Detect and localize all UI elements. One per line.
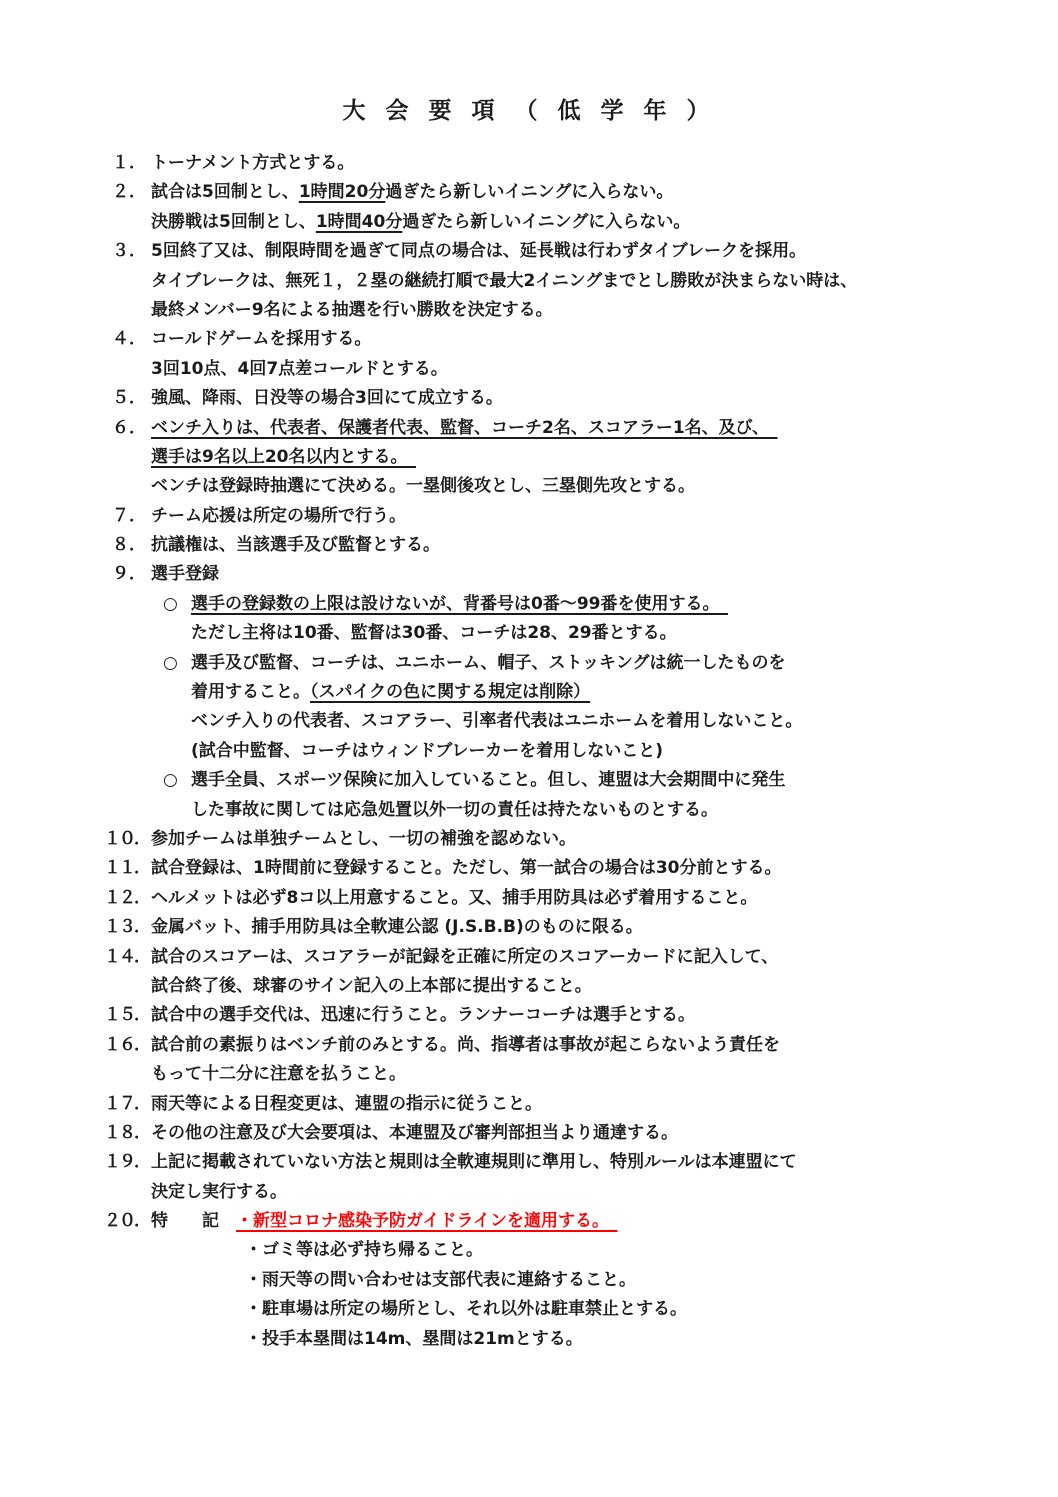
list-item-line: 3回10点、4回7点差コールドとする。 bbox=[0, 355, 1058, 384]
line-text: した事故に関しては応急処置以外一切の責任は持たないものとする。 bbox=[191, 796, 718, 825]
text-segment: 過ぎたら新しいイニングに入らない。 bbox=[402, 212, 690, 232]
line-text: 選手全員、スポーツ保険に加入していること。但し、連盟は大会期間中に発生 bbox=[191, 766, 785, 795]
item-number: １４． bbox=[104, 943, 151, 972]
line-text: 試合は5回制とし、1時間20分過ぎたら新しいイニングに入らない。 bbox=[151, 178, 673, 207]
list-item-line: もって十二分に注意を払うこと。 bbox=[0, 1060, 1058, 1089]
list-item: １６．試合前の素振りはベンチ前のみとする。尚、指導者は事故が起こらないよう責任を bbox=[0, 1031, 1058, 1060]
text-segment: 金属バット、捕手用防具は全軟連公認 (J.S.B.B)のものに限る。 bbox=[151, 917, 643, 937]
text-segment: 過ぎたら新しいイニングに入らない。 bbox=[385, 182, 673, 202]
circle-bullet: ○ bbox=[163, 649, 191, 678]
text-segment: タイブレークは、無死１，２塁の継続打順で最大2イニングまでとし勝敗が決まらない時… bbox=[151, 271, 857, 291]
list-item: １７．雨天等による日程変更は、連盟の指示に従うこと。 bbox=[0, 1090, 1058, 1119]
list-item-line: した事故に関しては応急処置以外一切の責任は持たないものとする。 bbox=[0, 796, 1058, 825]
line-text: 参加チームは単独チームとし、一切の補強を認めない。 bbox=[151, 825, 576, 854]
list-item: １．トーナメント方式とする。 bbox=[0, 149, 1058, 178]
list-item: １５．試合中の選手交代は、迅速に行うこと。ランナーコーチは選手とする。 bbox=[0, 1001, 1058, 1030]
line-text: 決勝戦は5回制とし、1時間40分過ぎたら新しいイニングに入らない。 bbox=[151, 208, 690, 237]
list-item: ○選手全員、スポーツ保険に加入していること。但し、連盟は大会期間中に発生 bbox=[0, 766, 1058, 795]
text-segment: 試合登録は、1時間前に登録すること。ただし、第一試合の場合は30分前とする。 bbox=[151, 858, 781, 878]
line-text: 試合登録は、1時間前に登録すること。ただし、第一試合の場合は30分前とする。 bbox=[151, 854, 781, 883]
text-segment: 試合は5回制とし、 bbox=[151, 182, 299, 202]
item-number: ２． bbox=[112, 178, 151, 207]
list-item-line: ベンチ入りの代表者、スコアラー、引率者代表はユニホームを着用しないこと。 bbox=[0, 707, 1058, 736]
item-number: ７． bbox=[112, 502, 151, 531]
text-segment: 選手登録 bbox=[151, 564, 219, 584]
list-item-line: タイブレークは、無死１，２塁の継続打順で最大2イニングまでとし勝敗が決まらない時… bbox=[0, 267, 1058, 296]
list-item: １８．その他の注意及び大会要項は、本連盟及び審判部担当より通達する。 bbox=[0, 1119, 1058, 1148]
line-text: 試合前の素振りはベンチ前のみとする。尚、指導者は事故が起こらないよう責任を bbox=[151, 1031, 780, 1060]
text-segment: 選手及び監督、コーチは、ユニホーム、帽子、ストッキングは統一したものを bbox=[191, 653, 786, 673]
line-text: 試合のスコアーは、スコアラーが記録を正確に所定のスコアーカードに記入して、 bbox=[151, 943, 778, 972]
text-segment: (試合中監督、コーチはウィンドブレーカーを着用しないこと) bbox=[191, 741, 663, 761]
text-segment: チーム応援は所定の場所で行う。 bbox=[151, 506, 406, 526]
list-item-line: ・ゴミ等は必ず持ち帰ること。 bbox=[0, 1236, 1058, 1265]
list-item-line: 決勝戦は5回制とし、1時間40分過ぎたら新しいイニングに入らない。 bbox=[0, 208, 1058, 237]
list-item-line: ・雨天等の問い合わせは支部代表に連絡すること。 bbox=[0, 1266, 1058, 1295]
underlined-text: （スパイクの色に関する規定は削除） bbox=[310, 682, 590, 702]
item-number: ９． bbox=[112, 560, 151, 589]
line-text: 決定し実行する。 bbox=[151, 1178, 287, 1207]
item-number: ４． bbox=[112, 325, 151, 354]
item-number: １０． bbox=[104, 825, 151, 854]
list-item-line: (試合中監督、コーチはウィンドブレーカーを着用しないこと) bbox=[0, 737, 1058, 766]
list-item: ４．コールドゲームを採用する。 bbox=[0, 325, 1058, 354]
text-segment: 参加チームは単独チームとし、一切の補強を認めない。 bbox=[151, 829, 576, 849]
line-text: その他の注意及び大会要項は、本連盟及び審判部担当より通達する。 bbox=[151, 1119, 678, 1148]
text-segment: 最終メンバー9名による抽選を行い勝敗を決定する。 bbox=[151, 300, 553, 320]
line-text: 選手及び監督、コーチは、ユニホーム、帽子、ストッキングは統一したものを bbox=[191, 649, 786, 678]
text-segment: 試合中の選手交代は、迅速に行うこと。ランナーコーチは選手とする。 bbox=[151, 1005, 695, 1025]
line-text: 試合中の選手交代は、迅速に行うこと。ランナーコーチは選手とする。 bbox=[151, 1001, 695, 1030]
line-text: 試合終了後、球審のサイン記入の上本部に提出すること。 bbox=[151, 972, 592, 1001]
list-item: １３．金属バット、捕手用防具は全軟連公認 (J.S.B.B)のものに限る。 bbox=[0, 913, 1058, 942]
item-number: １． bbox=[112, 149, 151, 178]
list-item: １２．ヘルメットは必ず8コ以上用意すること。又、捕手用防具は必ず着用すること。 bbox=[0, 884, 1058, 913]
item-number: １３． bbox=[104, 913, 151, 942]
circle-bullet: ○ bbox=[163, 766, 191, 795]
line-text: 上記に掲載されていない方法と規則は全軟連規則に準用し、特別ルールは本連盟にて bbox=[151, 1148, 797, 1177]
item-number: ８． bbox=[112, 531, 151, 560]
item-number: ６． bbox=[112, 414, 151, 443]
item-number: １８． bbox=[104, 1119, 151, 1148]
item-number: １６． bbox=[104, 1031, 151, 1060]
list-item: ２．試合は5回制とし、1時間20分過ぎたら新しいイニングに入らない。 bbox=[0, 178, 1058, 207]
text-segment: もって十二分に注意を払うこと。 bbox=[151, 1064, 406, 1084]
list-item-line: 選手は9名以上20名以内とする。 bbox=[0, 443, 1058, 472]
text-segment: ただし主将は10番、監督は30番、コーチは28、29番とする。 bbox=[191, 623, 677, 643]
text-segment: 試合終了後、球審のサイン記入の上本部に提出すること。 bbox=[151, 976, 592, 996]
text-segment: 選手全員、スポーツ保険に加入していること。但し、連盟は大会期間中に発生 bbox=[191, 770, 785, 790]
line-text: ヘルメットは必ず8コ以上用意すること。又、捕手用防具は必ず着用すること。 bbox=[151, 884, 757, 913]
list-item: ８．抗議権は、当該選手及び監督とする。 bbox=[0, 531, 1058, 560]
circle-bullet: ○ bbox=[163, 590, 191, 619]
covid-guideline-highlight: ・新型コロナ感染予防ガイドラインを適用する。 bbox=[236, 1211, 617, 1231]
rules-list: １．トーナメント方式とする。２．試合は5回制とし、1時間20分過ぎたら新しいイニ… bbox=[0, 149, 1058, 1354]
text-segment: 特 記 bbox=[151, 1211, 236, 1231]
text-segment: ・駐車場は所定の場所とし、それ以外は駐車禁止とする。 bbox=[245, 1299, 687, 1319]
text-segment: 着用すること。 bbox=[191, 682, 310, 702]
text-segment: ・投手本塁間は14m、塁間は21mとする。 bbox=[245, 1329, 583, 1349]
line-text: ・ゴミ等は必ず持ち帰ること。 bbox=[245, 1236, 483, 1265]
item-number: １２． bbox=[104, 884, 151, 913]
line-text: 雨天等による日程変更は、連盟の指示に従うこと。 bbox=[151, 1090, 542, 1119]
line-text: (試合中監督、コーチはウィンドブレーカーを着用しないこと) bbox=[191, 737, 663, 766]
underlined-text: ベンチ入りは、代表者、保護者代表、監督、コーチ2名、スコアラー1名、及び、 bbox=[151, 418, 777, 438]
item-number: １７． bbox=[104, 1090, 151, 1119]
text-segment: ・雨天等の問い合わせは支部代表に連絡すること。 bbox=[245, 1270, 636, 1290]
line-text: 3回10点、4回7点差コールドとする。 bbox=[151, 355, 448, 384]
line-text: コールドゲームを採用する。 bbox=[151, 325, 371, 354]
item-number: １９． bbox=[104, 1148, 151, 1177]
underlined-text: 1時間40分 bbox=[316, 212, 403, 232]
text-segment: 上記に掲載されていない方法と規則は全軟連規則に準用し、特別ルールは本連盟にて bbox=[151, 1152, 797, 1172]
list-item: ○選手及び監督、コーチは、ユニホーム、帽子、ストッキングは統一したものを bbox=[0, 649, 1058, 678]
list-item: ２０．特 記 ・新型コロナ感染予防ガイドラインを適用する。 bbox=[0, 1207, 1058, 1236]
line-text: 特 記 ・新型コロナ感染予防ガイドラインを適用する。 bbox=[151, 1207, 617, 1236]
line-text: ・投手本塁間は14m、塁間は21mとする。 bbox=[245, 1325, 583, 1354]
list-item: １０．参加チームは単独チームとし、一切の補強を認めない。 bbox=[0, 825, 1058, 854]
text-segment: 試合のスコアーは、スコアラーが記録を正確に所定のスコアーカードに記入して、 bbox=[151, 947, 778, 967]
list-item-line: ただし主将は10番、監督は30番、コーチは28、29番とする。 bbox=[0, 619, 1058, 648]
line-text: 選手の登録数の上限は設けないが、背番号は0番～99番を使用する。 bbox=[191, 590, 728, 619]
text-segment: 抗議権は、当該選手及び監督とする。 bbox=[151, 535, 440, 555]
text-segment: ヘルメットは必ず8コ以上用意すること。又、捕手用防具は必ず着用すること。 bbox=[151, 888, 757, 908]
line-text: ・駐車場は所定の場所とし、それ以外は駐車禁止とする。 bbox=[245, 1295, 687, 1324]
list-item-line: 最終メンバー9名による抽選を行い勝敗を決定する。 bbox=[0, 296, 1058, 325]
line-text: トーナメント方式とする。 bbox=[151, 149, 354, 178]
item-number: １１． bbox=[104, 854, 151, 883]
page-title: 大 会 要 項 （ 低 学 年 ） bbox=[0, 92, 1058, 125]
list-item-line: 着用すること。（スパイクの色に関する規定は削除） bbox=[0, 678, 1058, 707]
list-item: ７．チーム応援は所定の場所で行う。 bbox=[0, 502, 1058, 531]
line-text: ベンチ入りの代表者、スコアラー、引率者代表はユニホームを着用しないこと。 bbox=[191, 707, 802, 736]
list-item: １４．試合のスコアーは、スコアラーが記録を正確に所定のスコアーカードに記入して、 bbox=[0, 943, 1058, 972]
text-segment: ベンチは登録時抽選にて決める。一塁側後攻とし、三塁側先攻とする。 bbox=[151, 476, 695, 496]
text-segment: 3回10点、4回7点差コールドとする。 bbox=[151, 359, 448, 379]
text-segment: 雨天等による日程変更は、連盟の指示に従うこと。 bbox=[151, 1094, 542, 1114]
list-item-line: ・投手本塁間は14m、塁間は21mとする。 bbox=[0, 1325, 1058, 1354]
text-segment: ベンチ入りの代表者、スコアラー、引率者代表はユニホームを着用しないこと。 bbox=[191, 711, 802, 731]
line-text: タイブレークは、無死１，２塁の継続打順で最大2イニングまでとし勝敗が決まらない時… bbox=[151, 267, 857, 296]
underlined-text: 選手の登録数の上限は設けないが、背番号は0番～99番を使用する。 bbox=[191, 594, 728, 614]
item-number: ５． bbox=[112, 384, 151, 413]
list-item: ９．選手登録 bbox=[0, 560, 1058, 589]
list-item: ５．強風、降雨、日没等の場合3回にて成立する。 bbox=[0, 384, 1058, 413]
list-item-line: ベンチは登録時抽選にて決める。一塁側後攻とし、三塁側先攻とする。 bbox=[0, 472, 1058, 501]
list-item: ３．5回終了又は、制限時間を過ぎて同点の場合は、延長戦は行わずタイブレークを採用… bbox=[0, 237, 1058, 266]
text-segment: 決定し実行する。 bbox=[151, 1182, 287, 1202]
item-number: １５． bbox=[104, 1001, 151, 1030]
text-segment: その他の注意及び大会要項は、本連盟及び審判部担当より通達する。 bbox=[151, 1123, 678, 1143]
list-item: ６．ベンチ入りは、代表者、保護者代表、監督、コーチ2名、スコアラー1名、及び、 bbox=[0, 414, 1058, 443]
text-segment: した事故に関しては応急処置以外一切の責任は持たないものとする。 bbox=[191, 800, 718, 820]
item-number: ３． bbox=[112, 237, 151, 266]
text-segment: 5回終了又は、制限時間を過ぎて同点の場合は、延長戦は行わずタイブレークを採用。 bbox=[151, 241, 806, 261]
line-text: 最終メンバー9名による抽選を行い勝敗を決定する。 bbox=[151, 296, 553, 325]
line-text: ベンチ入りは、代表者、保護者代表、監督、コーチ2名、スコアラー1名、及び、 bbox=[151, 414, 777, 443]
line-text: 強風、降雨、日没等の場合3回にて成立する。 bbox=[151, 384, 503, 413]
list-item: ○選手の登録数の上限は設けないが、背番号は0番～99番を使用する。 bbox=[0, 590, 1058, 619]
list-item: １９．上記に掲載されていない方法と規則は全軟連規則に準用し、特別ルールは本連盟に… bbox=[0, 1148, 1058, 1177]
line-text: ・雨天等の問い合わせは支部代表に連絡すること。 bbox=[245, 1266, 636, 1295]
text-segment: トーナメント方式とする。 bbox=[151, 153, 354, 173]
document-page: 大 会 要 項 （ 低 学 年 ） １．トーナメント方式とする。２．試合は5回制… bbox=[0, 0, 1058, 1497]
item-number: ２０． bbox=[104, 1207, 151, 1236]
line-text: 抗議権は、当該選手及び監督とする。 bbox=[151, 531, 440, 560]
text-segment: 決勝戦は5回制とし、 bbox=[151, 212, 316, 232]
list-item-line: ・駐車場は所定の場所とし、それ以外は駐車禁止とする。 bbox=[0, 1295, 1058, 1324]
text-segment: 試合前の素振りはベンチ前のみとする。尚、指導者は事故が起こらないよう責任を bbox=[151, 1035, 780, 1055]
text-segment: コールドゲームを採用する。 bbox=[151, 329, 371, 349]
list-item-line: 決定し実行する。 bbox=[0, 1178, 1058, 1207]
line-text: 選手登録 bbox=[151, 560, 219, 589]
line-text: チーム応援は所定の場所で行う。 bbox=[151, 502, 406, 531]
line-text: ベンチは登録時抽選にて決める。一塁側後攻とし、三塁側先攻とする。 bbox=[151, 472, 695, 501]
underlined-text: 選手は9名以上20名以内とする。 bbox=[151, 447, 416, 467]
line-text: もって十二分に注意を払うこと。 bbox=[151, 1060, 406, 1089]
line-text: 金属バット、捕手用防具は全軟連公認 (J.S.B.B)のものに限る。 bbox=[151, 913, 643, 942]
line-text: 5回終了又は、制限時間を過ぎて同点の場合は、延長戦は行わずタイブレークを採用。 bbox=[151, 237, 806, 266]
line-text: ただし主将は10番、監督は30番、コーチは28、29番とする。 bbox=[191, 619, 677, 648]
text-segment: ・ゴミ等は必ず持ち帰ること。 bbox=[245, 1240, 483, 1260]
text-segment: 強風、降雨、日没等の場合3回にて成立する。 bbox=[151, 388, 503, 408]
list-item: １１．試合登録は、1時間前に登録すること。ただし、第一試合の場合は30分前とする… bbox=[0, 854, 1058, 883]
list-item-line: 試合終了後、球審のサイン記入の上本部に提出すること。 bbox=[0, 972, 1058, 1001]
line-text: 選手は9名以上20名以内とする。 bbox=[151, 443, 416, 472]
line-text: 着用すること。（スパイクの色に関する規定は削除） bbox=[191, 678, 590, 707]
underlined-text: 1時間20分 bbox=[299, 182, 386, 202]
